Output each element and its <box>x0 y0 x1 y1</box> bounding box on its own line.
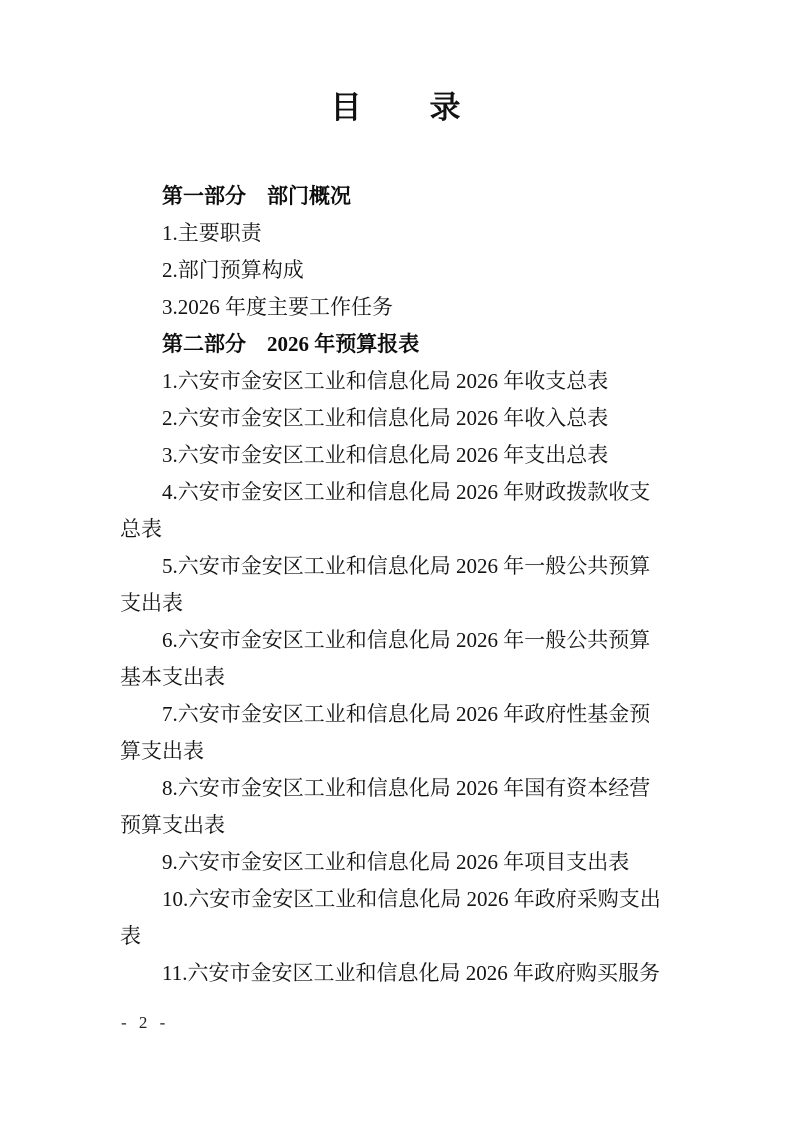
section-heading-part2: 第二部分 2026 年预算报表 <box>120 326 666 363</box>
document-page: 目 录 第一部分 部门概况 1.主要职责 2.部门预算构成 3.2026 年度主… <box>0 0 793 1122</box>
toc-item-part2-8: 8.六安市金安区工业和信息化局 2026 年国有资本经营预算支出表 <box>120 770 666 844</box>
toc-item-part2-10: 10.六安市金安区工业和信息化局 2026 年政府采购支出表 <box>120 881 666 955</box>
toc-item-part2-2: 2.六安市金安区工业和信息化局 2026 年收入总表 <box>120 400 666 437</box>
toc-item-part2-6: 6.六安市金安区工业和信息化局 2026 年一般公共预算基本支出表 <box>120 622 666 696</box>
toc-item-part2-5: 5.六安市金安区工业和信息化局 2026 年一般公共预算支出表 <box>120 548 666 622</box>
page-number: - 2 - <box>121 1012 169 1034</box>
toc-content: 第一部分 部门概况 1.主要职责 2.部门预算构成 3.2026 年度主要工作任… <box>120 178 666 992</box>
toc-item-part1-3: 3.2026 年度主要工作任务 <box>120 289 666 326</box>
toc-item-part2-3: 3.六安市金安区工业和信息化局 2026 年支出总表 <box>120 437 666 474</box>
page-title: 目 录 <box>0 0 793 128</box>
toc-item-part1-2: 2.部门预算构成 <box>120 252 666 289</box>
section-heading-part1: 第一部分 部门概况 <box>120 178 666 215</box>
toc-item-part2-9: 9.六安市金安区工业和信息化局 2026 年项目支出表 <box>120 844 666 881</box>
toc-item-part2-1: 1.六安市金安区工业和信息化局 2026 年收支总表 <box>120 363 666 400</box>
toc-item-part2-11: 11.六安市金安区工业和信息化局 2026 年政府购买服务 <box>120 955 666 992</box>
toc-item-part2-7: 7.六安市金安区工业和信息化局 2026 年政府性基金预算支出表 <box>120 696 666 770</box>
toc-item-part1-1: 1.主要职责 <box>120 215 666 252</box>
toc-item-part2-4: 4.六安市金安区工业和信息化局 2026 年财政拨款收支总表 <box>120 474 666 548</box>
